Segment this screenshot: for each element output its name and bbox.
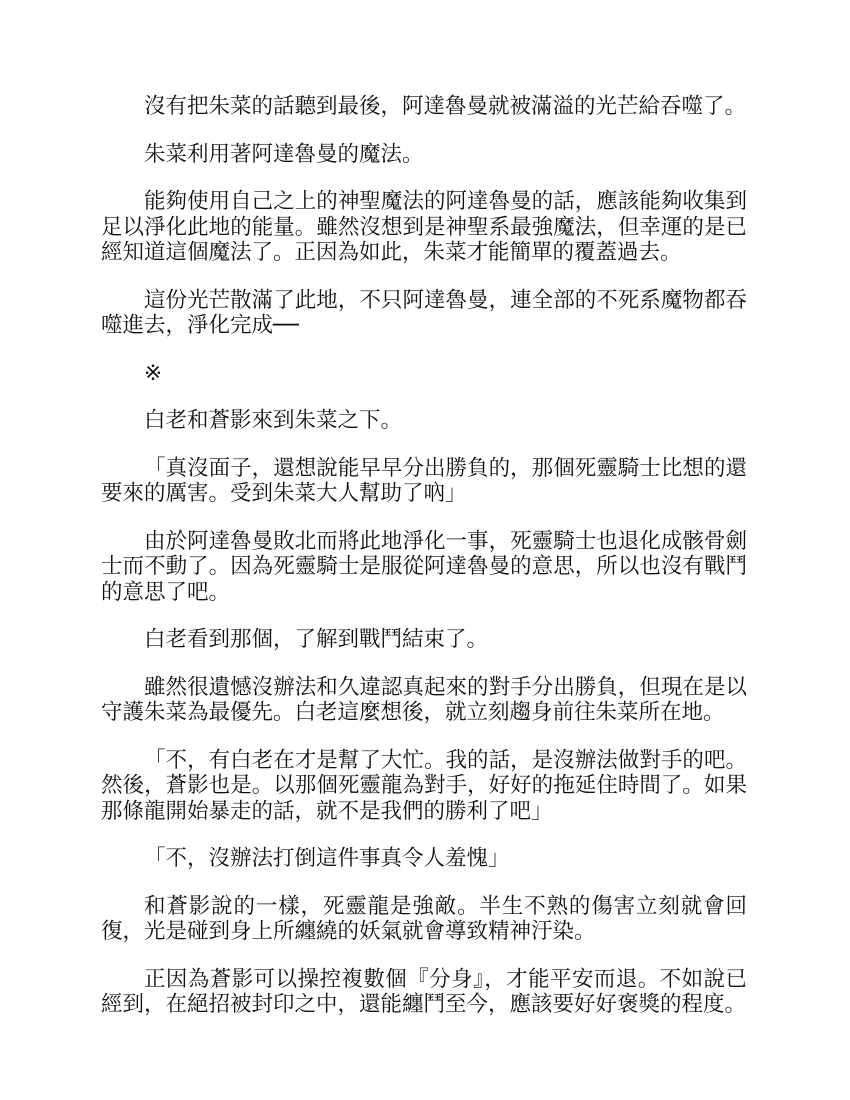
- dialogue-paragraph-12: 「不，沒辦法打倒這件事真令人羞愧」: [101, 846, 747, 872]
- paragraph-10: 雖然很遺憾沒辦法和久違認真起來的對手分出勝負，但現在是以守護朱菜為最優先。白老這…: [101, 675, 747, 726]
- paragraph-6: 白老和蒼影來到朱菜之下。: [101, 408, 747, 434]
- document-page: 沒有把朱菜的話聽到最後，阿達魯曼就被滿溢的光芒給吞噬了。 朱菜利用著阿達魯曼的魔…: [101, 94, 747, 1040]
- paragraph-4: 這份光芒散滿了此地，不只阿達魯曼，連全部的不死系魔物都吞噬進去，淨化完成──: [101, 288, 747, 339]
- paragraph-8: 由於阿達魯曼敗北而將此地淨化一事，死靈騎士也退化成骸骨劍士而不動了。因為死靈騎士…: [101, 529, 747, 606]
- scene-break-marker: ※: [101, 361, 747, 387]
- paragraph-9: 白老看到那個，了解到戰鬥結束了。: [101, 627, 747, 653]
- paragraph-1: 沒有把朱菜的話聽到最後，阿達魯曼就被滿溢的光芒給吞噬了。: [101, 94, 747, 120]
- paragraph-2: 朱菜利用著阿達魯曼的魔法。: [101, 142, 747, 168]
- paragraph-3: 能夠使用自己之上的神聖魔法的阿達魯曼的話，應該能夠收集到足以淨化此地的能量。雖然…: [101, 189, 747, 266]
- dialogue-paragraph-7: 「真沒面子，還想說能早早分出勝負的，那個死靈騎士比想的還要來的厲害。受到朱菜大人…: [101, 456, 747, 507]
- dialogue-paragraph-11: 「不，有白老在才是幫了大忙。我的話，是沒辦法做對手的吧。然後，蒼影也是。以那個死…: [101, 748, 747, 825]
- paragraph-14: 正因為蒼影可以操控複數個『分身』，才能平安而退。不如說已經到，在絕招被封印之中，…: [101, 967, 747, 1018]
- paragraph-13: 和蒼影說的一樣，死靈龍是強敵。半生不熟的傷害立刻就會回復，光是碰到身上所纏繞的妖…: [101, 894, 747, 945]
